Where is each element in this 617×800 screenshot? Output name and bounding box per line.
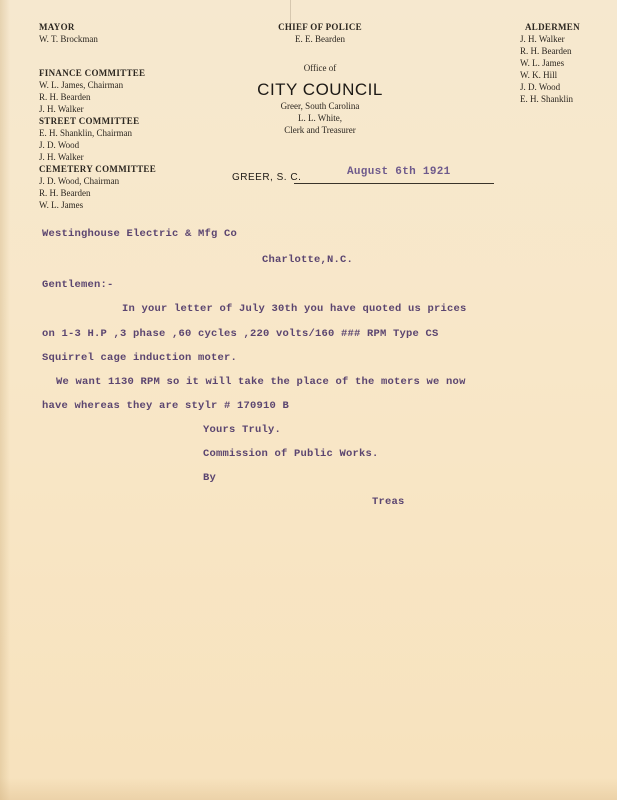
finance-committee-heading: FINANCE COMMITTEE	[39, 67, 156, 79]
signature-title: Treas	[372, 496, 405, 508]
cemetery-committee-member: R. H. Bearden	[39, 187, 156, 199]
clerk-name: L. L. White,	[220, 112, 420, 124]
signature-by: By	[203, 472, 216, 484]
alderman-name: W. L. James	[520, 57, 580, 69]
alderman-name: E. H. Shanklin	[520, 93, 580, 105]
letterhead-location: Greer, South Carolina	[220, 100, 420, 112]
street-committee-member: J. H. Walker	[39, 151, 156, 163]
street-committee-member: J. D. Wood	[39, 139, 156, 151]
alderman-name: J. H. Walker	[520, 33, 580, 45]
alderman-name: W. K. Hill	[520, 69, 580, 81]
cemetery-committee-member: J. D. Wood, Chairman	[39, 175, 156, 187]
letter-date: August 6th 1921	[347, 166, 451, 178]
street-committee-heading: STREET COMMITTEE	[39, 115, 156, 127]
city-council-title: CITY COUNCIL	[220, 80, 420, 100]
paper-edge	[0, 0, 10, 800]
alderman-name: J. D. Wood	[520, 81, 580, 93]
dateline-place: GREER, S. C.	[232, 172, 301, 183]
addressee: Westinghouse Electric & Mfg Co	[42, 228, 237, 240]
mayor-heading: MAYOR	[39, 21, 156, 33]
letterhead-left-column: MAYOR W. T. Brockman FINANCE COMMITTEE W…	[39, 21, 156, 211]
body-line: In your letter of July 30th you have quo…	[122, 303, 467, 315]
finance-committee-member: W. L. James, Chairman	[39, 79, 156, 91]
addressee-city: Charlotte,N.C.	[262, 254, 353, 266]
signing-organization: Commission of Public Works.	[203, 448, 379, 460]
office-of-label: Office of	[220, 62, 420, 74]
finance-committee-member: R. H. Bearden	[39, 91, 156, 103]
paper-edge	[0, 778, 617, 800]
chief-of-police-name: E. E. Bearden	[220, 33, 420, 45]
letterhead-right-column: ALDERMEN J. H. Walker R. H. Bearden W. L…	[520, 21, 580, 105]
letterhead-center-column: CHIEF OF POLICE E. E. Bearden Office of …	[220, 21, 420, 136]
chief-of-police-heading: CHIEF OF POLICE	[220, 21, 420, 33]
body-line: We want 1130 RPM so it will take the pla…	[56, 376, 466, 388]
dateline-rule	[294, 183, 494, 184]
body-line: Squirrel cage induction moter.	[42, 352, 237, 364]
cemetery-committee-member: W. L. James	[39, 199, 156, 211]
cemetery-committee-heading: CEMETERY COMMITTEE	[39, 163, 156, 175]
finance-committee-member: J. H. Walker	[39, 103, 156, 115]
salutation: Gentlemen:-	[42, 279, 114, 291]
body-line: have whereas they are stylr # 170910 B	[42, 400, 289, 412]
street-committee-member: E. H. Shanklin, Chairman	[39, 127, 156, 139]
aldermen-heading: ALDERMEN	[520, 21, 580, 33]
alderman-name: R. H. Bearden	[520, 45, 580, 57]
closing: Yours Truly.	[203, 424, 281, 436]
mayor-name: W. T. Brockman	[39, 33, 156, 45]
clerk-title: Clerk and Treasurer	[220, 124, 420, 136]
body-line: on 1-3 H.P ,3 phase ,60 cycles ,220 volt…	[42, 328, 439, 340]
dateline: GREER, S. C. August 6th 1921	[232, 166, 494, 186]
